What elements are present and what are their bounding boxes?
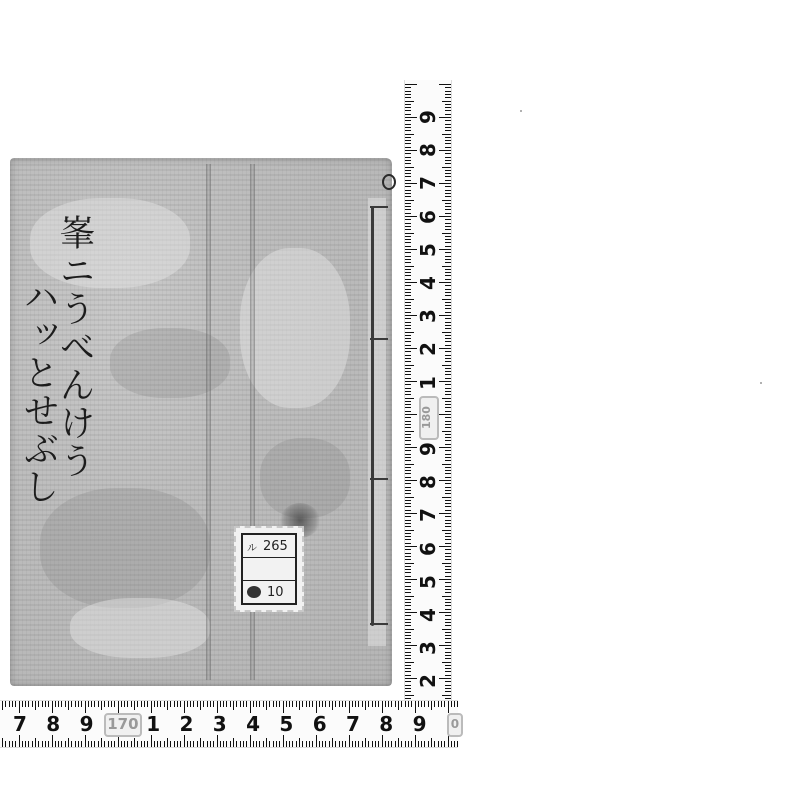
ruler-tick — [48, 701, 49, 707]
ruler-tick — [445, 516, 451, 517]
ruler-marker-label: 180 — [419, 396, 439, 440]
ruler-tick — [405, 589, 411, 590]
ruler-tick — [405, 741, 406, 747]
ruler-tick — [131, 741, 132, 747]
ruler-tick — [445, 493, 451, 494]
ruler-tick — [405, 691, 411, 692]
ruler-tick — [445, 632, 451, 633]
ruler-tick — [442, 200, 451, 201]
ruler-tick — [405, 322, 411, 323]
ruler-tick — [104, 741, 105, 747]
ruler-tick — [65, 741, 66, 747]
ruler-tick — [19, 735, 20, 747]
ruler-tick — [395, 701, 396, 707]
ruler-tick — [118, 701, 119, 713]
ruler-tick — [187, 701, 188, 707]
ruler-tick — [345, 701, 346, 707]
ruler-tick — [405, 91, 411, 92]
ruler-tick — [127, 701, 128, 707]
ruler-tick — [445, 407, 451, 408]
ruler-tick — [439, 480, 451, 481]
ruler-tick — [405, 153, 411, 154]
ruler-tick — [405, 163, 411, 164]
ruler-tick — [428, 741, 429, 747]
ruler-tick — [445, 642, 451, 643]
ruler-tick — [445, 279, 451, 280]
ruler-tick — [405, 671, 411, 672]
ruler-label: 4 — [418, 605, 438, 625]
ruler-tick — [193, 741, 194, 747]
ruler-tick — [230, 701, 231, 707]
ruler-tick — [405, 233, 414, 234]
ruler-label: 9 — [80, 714, 94, 734]
ruler-tick — [405, 242, 411, 243]
ruler-tick — [439, 348, 451, 349]
ruler-tick — [332, 738, 333, 747]
ruler-tick — [405, 318, 411, 319]
ruler-tick — [445, 526, 451, 527]
ruler-tick — [442, 101, 451, 102]
ruler-tick — [434, 701, 435, 707]
ruler-tick — [445, 658, 451, 659]
ruler-tick — [405, 134, 414, 135]
ruler-tick — [405, 437, 411, 438]
ruler-tick — [405, 229, 411, 230]
ruler-tick — [240, 701, 241, 707]
ruler-tick — [405, 193, 411, 194]
ruler-tick — [405, 279, 411, 280]
ruler-tick — [405, 97, 411, 98]
ruler-tick — [200, 701, 201, 710]
ruler-tick — [439, 381, 451, 382]
ruler-tick — [445, 559, 451, 560]
ruler-tick — [405, 358, 411, 359]
ruler-tick — [395, 741, 396, 747]
ruler-tick — [114, 741, 115, 747]
ruler-tick — [439, 579, 451, 580]
ruler-tick — [445, 487, 451, 488]
ruler-tick — [269, 701, 270, 707]
ruler-tick — [388, 701, 389, 707]
ruler-tick — [445, 153, 451, 154]
ruler-tick — [385, 701, 386, 707]
ruler-tick — [405, 246, 411, 247]
ruler-tick — [405, 698, 411, 699]
ruler-tick — [445, 619, 451, 620]
ruler-tick — [405, 586, 411, 587]
ruler-tick — [405, 292, 411, 293]
ruler-tick — [445, 186, 451, 187]
ruler-tick — [445, 421, 451, 422]
ruler-tick — [405, 401, 411, 402]
ruler-tick — [207, 701, 208, 707]
ruler-tick — [405, 236, 411, 237]
ruler-tick — [445, 520, 451, 521]
ruler-tick — [442, 266, 451, 267]
ruler-tick — [38, 701, 39, 707]
ruler-tick — [405, 477, 411, 478]
ruler-tick — [263, 741, 264, 747]
ruler-tick — [91, 741, 92, 747]
ruler-tick — [398, 701, 399, 710]
ruler-tick — [266, 738, 267, 747]
ruler-tick — [421, 741, 422, 747]
ruler-tick — [405, 572, 411, 573]
ruler-tick — [157, 701, 158, 707]
ruler-tick — [405, 305, 411, 306]
ruler-label: 9 — [418, 439, 438, 459]
ruler-tick — [226, 701, 227, 707]
vertical-ruler: 98765432118098765432 — [404, 80, 452, 702]
ruler-tick — [12, 741, 13, 747]
ruler-tick — [445, 308, 451, 309]
ruler-tick — [442, 299, 451, 300]
ruler-tick — [372, 741, 373, 747]
ruler-tick — [253, 701, 254, 707]
ruler-tick — [230, 741, 231, 747]
ruler-tick — [259, 741, 260, 747]
ruler-tick — [408, 741, 409, 747]
ruler-tick — [445, 275, 451, 276]
ruler-tick — [445, 239, 451, 240]
binding-thread — [371, 206, 374, 626]
ruler-label: 3 — [213, 714, 227, 734]
ruler-tick — [405, 308, 411, 309]
ruler-tick — [442, 332, 451, 333]
ruler-tick — [445, 345, 451, 346]
ruler-tick — [362, 701, 363, 707]
ruler-tick — [180, 741, 181, 747]
ruler-tick — [445, 272, 451, 273]
ruler-tick — [405, 378, 411, 379]
ruler-tick — [154, 741, 155, 747]
ruler-tick — [335, 741, 336, 747]
ruler-tick — [405, 681, 411, 682]
ruler-tick — [405, 384, 411, 385]
ruler-tick — [445, 470, 451, 471]
title-column-1: 峯ニうべんけう — [56, 214, 92, 480]
ruler-tick — [405, 180, 411, 181]
ruler-tick — [233, 701, 234, 710]
ruler-tick — [445, 124, 451, 125]
ruler-tick — [405, 127, 411, 128]
ruler-tick — [405, 262, 411, 263]
ruler-tick — [454, 701, 455, 707]
thread-loop — [382, 174, 396, 190]
ruler-tick — [25, 741, 26, 747]
ruler-tick — [445, 107, 451, 108]
ruler-tick — [2, 701, 3, 710]
ruler-tick — [405, 285, 411, 286]
ruler-tick — [35, 738, 36, 747]
binding-stitch — [370, 338, 388, 340]
ruler-tick — [378, 701, 379, 707]
ruler-tick — [405, 203, 411, 204]
ruler-tick — [405, 569, 411, 570]
ruler-tick — [445, 615, 451, 616]
ruler-label: 4 — [246, 714, 260, 734]
ruler-tick — [445, 556, 451, 557]
ruler-tick — [445, 602, 451, 603]
ruler-tick — [445, 586, 451, 587]
ruler-tick — [372, 701, 373, 707]
ruler-tick — [439, 117, 451, 118]
ruler-tick — [292, 701, 293, 707]
ruler-label: 5 — [418, 572, 438, 592]
ruler-tick — [134, 701, 135, 710]
ruler-tick — [147, 741, 148, 747]
ruler-tick — [263, 701, 264, 707]
ruler-tick — [445, 638, 451, 639]
horizontal-ruler: 7891701234567890 — [0, 700, 458, 748]
ruler-tick — [418, 741, 419, 747]
ruler-tick — [266, 701, 267, 710]
ruler-tick — [398, 738, 399, 747]
ruler-tick — [296, 741, 297, 747]
ruler-tick — [405, 114, 411, 115]
ruler-tick — [170, 701, 171, 707]
ruler-tick — [445, 206, 451, 207]
ruler-tick — [405, 615, 411, 616]
ruler-tick — [131, 701, 132, 707]
ruler-tick — [439, 447, 451, 448]
ruler-tick — [405, 695, 414, 696]
ruler-tick — [405, 533, 411, 534]
ruler-tick — [442, 662, 451, 663]
ruler-tick — [405, 503, 411, 504]
ruler-tick — [167, 701, 168, 710]
binding-stitch — [370, 206, 388, 208]
ruler-tick — [405, 137, 411, 138]
ruler-tick — [302, 701, 303, 707]
ruler-tick — [405, 688, 411, 689]
ruler-tick — [405, 619, 411, 620]
ruler-tick — [445, 437, 451, 438]
ruler-tick — [445, 295, 451, 296]
paper-texture — [40, 488, 210, 608]
ruler-tick — [445, 582, 451, 583]
ruler-tick — [388, 741, 389, 747]
ruler-tick — [445, 157, 451, 158]
ruler-tick — [405, 434, 411, 435]
ruler-tick — [445, 289, 451, 290]
ruler-tick — [445, 665, 451, 666]
ruler-tick — [405, 140, 411, 141]
ruler-tick — [101, 738, 102, 747]
ruler-tick — [405, 652, 411, 653]
ruler-tick — [405, 559, 411, 560]
ruler-tick — [405, 394, 411, 395]
binding-stitch — [370, 623, 388, 625]
ruler-tick — [55, 741, 56, 747]
ruler-tick — [445, 444, 451, 445]
ruler-tick — [355, 741, 356, 747]
ruler-tick — [445, 384, 451, 385]
ruler-tick — [405, 104, 411, 105]
ruler-tick — [236, 741, 237, 747]
ruler-tick — [259, 701, 260, 707]
ruler-tick — [439, 282, 451, 283]
paper-texture — [240, 248, 350, 408]
ruler-label: 2 — [418, 339, 438, 359]
ruler-tick — [32, 701, 33, 707]
ruler-tick — [405, 157, 411, 158]
ruler-tick — [405, 167, 414, 168]
ruler-tick — [445, 368, 451, 369]
ruler-tick — [111, 701, 112, 707]
cover-crease — [206, 164, 211, 680]
ruler-label: 6 — [418, 539, 438, 559]
ruler-tick — [445, 675, 451, 676]
ruler-tick — [445, 209, 451, 210]
ruler-tick — [445, 411, 451, 412]
ruler-tick — [445, 503, 451, 504]
ruler-tick — [306, 741, 307, 747]
ruler-tick — [405, 490, 411, 491]
ruler-tick — [5, 741, 6, 747]
ruler-tick — [144, 741, 145, 747]
ruler-tick — [137, 741, 138, 747]
label-volume: 10 — [267, 585, 284, 600]
ruler-tick — [405, 500, 411, 501]
ruler-tick — [445, 358, 451, 359]
ruler-tick — [441, 741, 442, 747]
ruler-tick — [299, 738, 300, 747]
ruler-tick — [405, 110, 411, 111]
ruler-tick — [445, 483, 451, 484]
ruler-tick — [445, 671, 451, 672]
ruler-tick — [445, 104, 451, 105]
ruler-tick — [405, 351, 411, 352]
ruler-tick — [71, 741, 72, 747]
ruler-tick — [405, 566, 411, 567]
ruler-tick — [444, 701, 445, 707]
ruler-tick — [405, 266, 414, 267]
ruler-tick — [296, 701, 297, 707]
ruler-tick — [177, 701, 178, 707]
ruler-tick — [445, 576, 451, 577]
ruler-tick — [382, 735, 383, 747]
ruler-tick — [358, 701, 359, 707]
ruler-tick — [445, 655, 451, 656]
ruler-tick — [418, 701, 419, 707]
ruler-tick — [445, 388, 451, 389]
ruler-tick — [457, 701, 458, 707]
ruler-tick — [445, 460, 451, 461]
ruler-tick — [445, 114, 451, 115]
ruler-tick — [405, 444, 411, 445]
seal-stamp-icon — [247, 586, 261, 598]
ruler-label: 2 — [180, 714, 194, 734]
ruler-tick — [42, 701, 43, 707]
ruler-tick — [405, 226, 411, 227]
ruler-tick — [55, 701, 56, 707]
ruler-tick — [445, 572, 451, 573]
ruler-label: 8 — [46, 714, 60, 734]
ruler-tick — [9, 701, 10, 707]
ruler-tick — [405, 536, 411, 537]
ruler-tick — [12, 701, 13, 707]
ruler-tick — [445, 351, 451, 352]
ruler-label: 6 — [418, 207, 438, 227]
ruler-tick — [441, 701, 442, 707]
ruler-tick — [253, 741, 254, 747]
ruler-tick — [193, 701, 194, 707]
ruler-tick — [445, 127, 451, 128]
ruler-tick — [405, 338, 411, 339]
ruler-tick — [58, 741, 59, 747]
ruler-tick — [174, 701, 175, 707]
ruler-tick — [438, 701, 439, 707]
ruler-tick — [434, 741, 435, 747]
ruler-tick — [101, 701, 102, 710]
ruler-tick — [445, 226, 451, 227]
title-column-2: ハッとせぶし — [20, 278, 56, 506]
ruler-tick — [141, 701, 142, 707]
ruler-tick — [445, 404, 451, 405]
ruler-tick — [445, 473, 451, 474]
ruler-tick — [442, 563, 451, 564]
ruler-tick — [451, 701, 452, 707]
label-row-volume: 10 — [243, 581, 295, 603]
ruler-tick — [445, 160, 451, 161]
ruler-label: 8 — [418, 472, 438, 492]
ruler-tick — [157, 741, 158, 747]
ruler-tick — [5, 701, 6, 707]
ruler-tick — [306, 701, 307, 707]
ruler-tick — [121, 701, 122, 707]
ruler-tick — [445, 229, 451, 230]
ruler-tick — [445, 143, 451, 144]
ruler-tick — [243, 701, 244, 707]
ruler-tick — [445, 457, 451, 458]
ruler-tick — [445, 87, 451, 88]
ruler-tick — [445, 223, 451, 224]
ruler-tick — [78, 741, 79, 747]
paper-texture — [110, 328, 230, 398]
dust-speck — [760, 382, 762, 384]
ruler-tick — [445, 440, 451, 441]
ruler-tick — [362, 741, 363, 747]
ruler-tick — [405, 662, 414, 663]
ruler-tick — [184, 735, 185, 747]
ruler-tick — [405, 365, 414, 366]
ruler-tick — [405, 325, 411, 326]
ruler-tick — [273, 741, 274, 747]
ruler-tick — [352, 741, 353, 747]
ruler-tick — [329, 701, 330, 707]
ruler-tick — [401, 701, 402, 707]
ruler-tick — [134, 738, 135, 747]
ruler-tick — [405, 556, 411, 557]
ruler-tick — [445, 454, 451, 455]
ruler-tick — [358, 741, 359, 747]
ruler-tick — [445, 302, 451, 303]
ruler-tick — [391, 741, 392, 747]
ruler-tick — [9, 741, 10, 747]
ruler-tick — [445, 341, 451, 342]
booklet-cover: 峯ニうべんけう ハッとせぶし ル 265 10 — [10, 158, 392, 686]
ruler-tick — [217, 735, 218, 747]
ruler-tick — [442, 134, 451, 135]
ruler-tick — [160, 741, 161, 747]
ruler-tick — [405, 424, 411, 425]
ruler-tick — [220, 741, 221, 747]
ruler-tick — [405, 345, 411, 346]
ruler-tick — [405, 609, 411, 610]
ruler-tick — [405, 200, 414, 201]
ruler-tick — [405, 398, 414, 399]
